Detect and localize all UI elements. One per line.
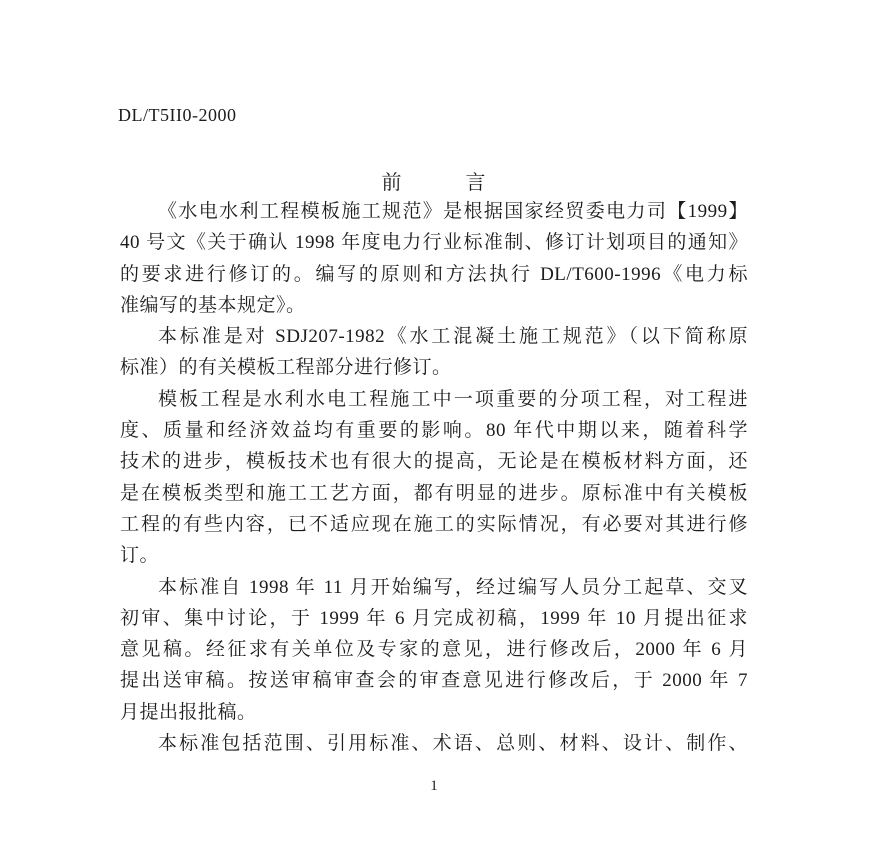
text-line: 订。 bbox=[120, 540, 748, 571]
text-line: 的要求进行修订的。编写的原则和方法执行 DL/T600-1996《电力标 bbox=[120, 259, 748, 290]
text-line: 初审、集中讨论，于 1999 年 6 月完成初稿，1999 年 10 月提出征求 bbox=[120, 603, 748, 634]
text-line: 是在模板类型和施工工艺方面，都有明显的进步。原标准中有关模板 bbox=[120, 478, 748, 509]
text-line: 提出送审稿。按送审稿审查会的审查意见进行修改后，于 2000 年 7 bbox=[120, 665, 748, 696]
text-line: 40 号文《关于确认 1998 年度电力行业标准制、修订计划项目的通知》 bbox=[120, 227, 748, 258]
text-line: 模板工程是水利水电工程施工中一项重要的分项工程，对工程进 bbox=[120, 384, 748, 415]
text-line: 意见稿。经征求有关单位及专家的意见，进行修改后，2000 年 6 月 bbox=[120, 634, 748, 665]
text-line: 度、质量和经济效益均有重要的影响。80 年代中期以来，随着科学 bbox=[120, 415, 748, 446]
text-line: 《水电水利工程模板施工规范》是根据国家经贸委电力司【1999】 bbox=[120, 196, 748, 227]
text-line: 工程的有些内容，已不适应现在施工的实际情况，有必要对其进行修 bbox=[120, 509, 748, 540]
document-body: 《水电水利工程模板施工规范》是根据国家经贸委电力司【1999】40 号文《关于确… bbox=[120, 196, 748, 759]
standard-number: DL/T5II0-2000 bbox=[118, 105, 236, 126]
text-line: 准编写的基本规定》。 bbox=[120, 290, 748, 321]
foreword-title: 前 言 bbox=[120, 166, 748, 195]
text-line: 本标准自 1998 年 11 月开始编写，经过编写人员分工起草、交叉 bbox=[120, 572, 748, 603]
text-line: 标准）的有关模板工程部分进行修订。 bbox=[120, 352, 748, 383]
text-line: 本标准包括范围、引用标准、术语、总则、材料、设计、制作、 bbox=[120, 728, 748, 759]
text-line: 月提出报批稿。 bbox=[120, 697, 748, 728]
text-line: 本标准是对 SDJ207-1982《水工混凝土施工规范》（以下简称原 bbox=[120, 321, 748, 352]
document-page: DL/T5II0-2000 前 言 《水电水利工程模板施工规范》是根据国家经贸委… bbox=[0, 0, 870, 842]
page-number: 1 bbox=[120, 778, 748, 795]
text-line: 技术的进步，模板技术也有很大的提高，无论是在模板材料方面，还 bbox=[120, 446, 748, 477]
